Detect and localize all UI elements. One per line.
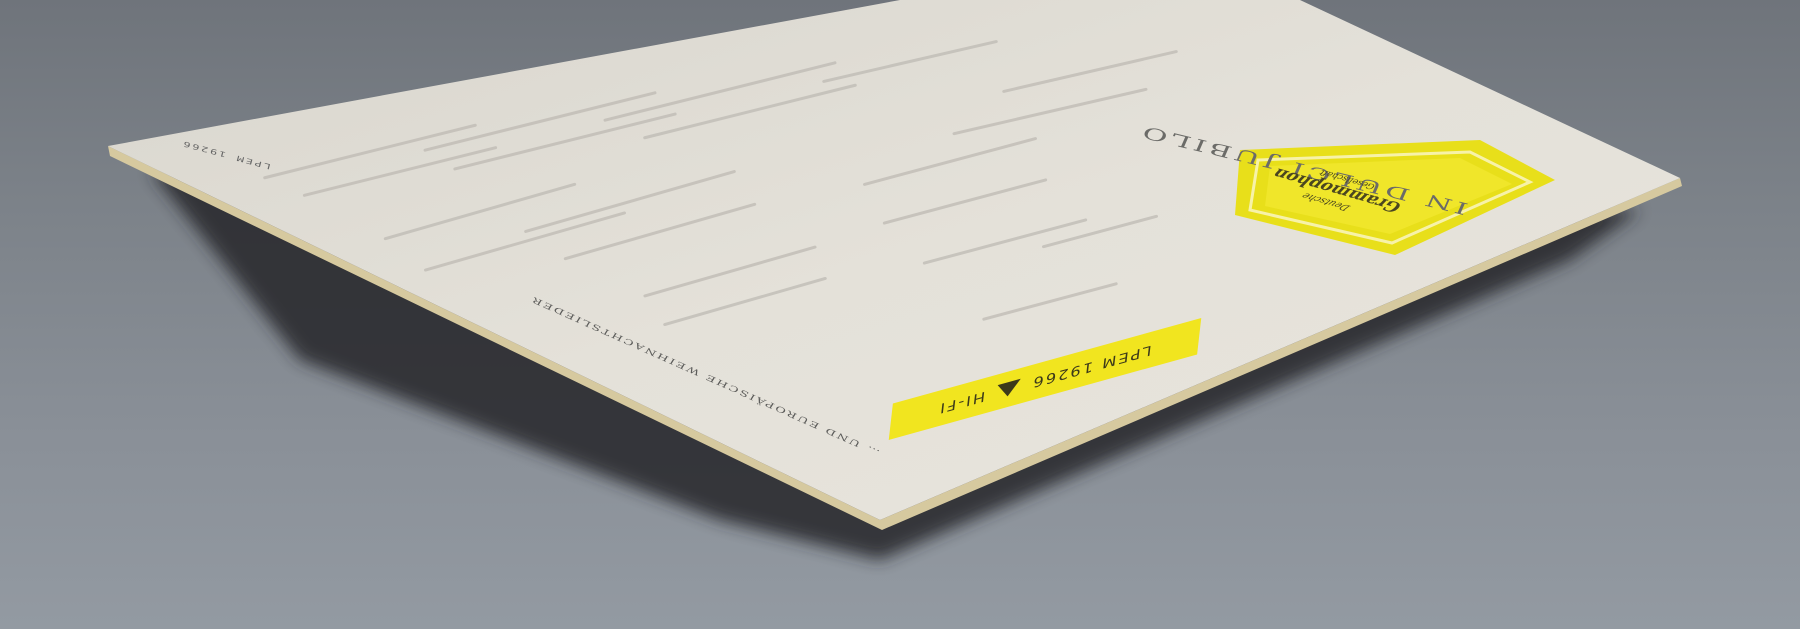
- sticker-format: HI-FI: [937, 388, 986, 417]
- sleeve-graphic: [0, 0, 1800, 629]
- tulip-triangle-icon: [996, 379, 1021, 400]
- sleeve-face: [108, 0, 1680, 520]
- photo-scene: IN DULCI JUBILO … UND EUROPÄISCHE WEIHNA…: [0, 0, 1800, 629]
